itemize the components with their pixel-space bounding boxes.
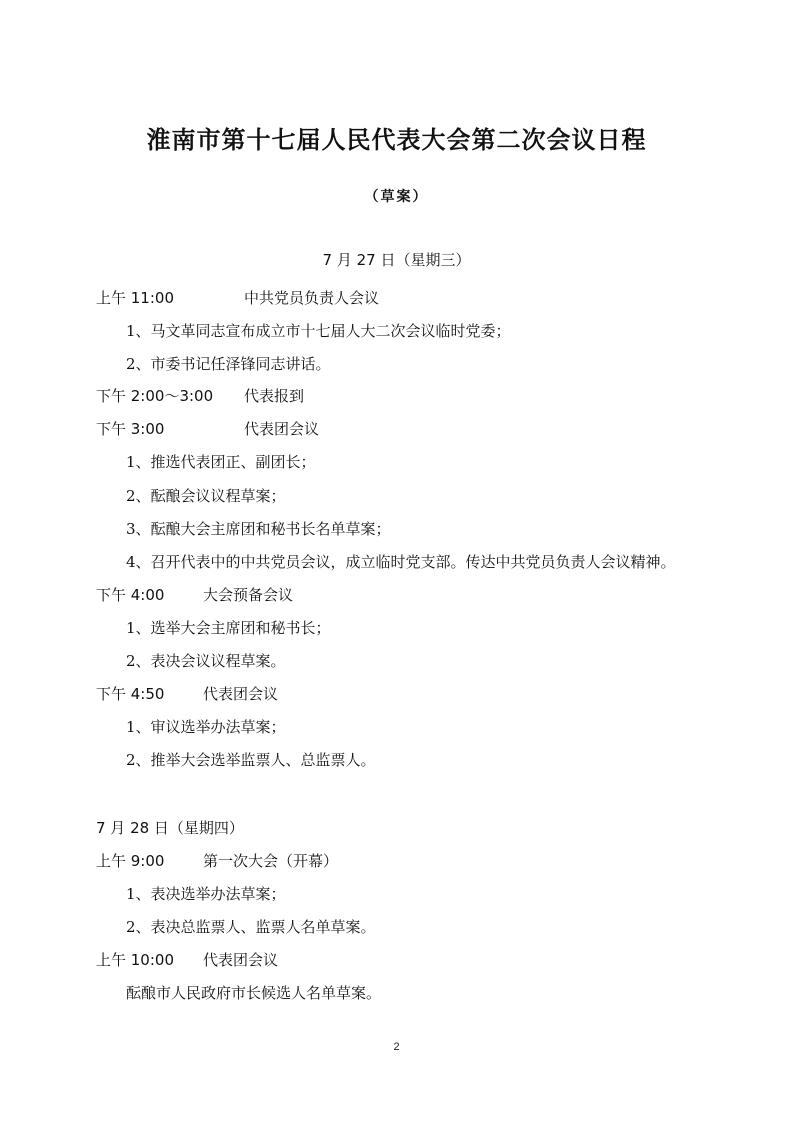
document-page: 淮南市第十七届人民代表大会第二次会议日程 （草案） 7 月 27 日（星期三） …: [0, 0, 793, 1122]
session-event: 代表团会议: [244, 419, 319, 439]
agenda-item: 酝酿市人民政府市长候选人名单草案。: [126, 983, 381, 1003]
agenda-item: 2、表决总监票人、监票人名单草案。: [126, 917, 376, 937]
page-title: 淮南市第十七届人民代表大会第二次会议日程: [0, 120, 793, 155]
agenda-item: 2、推举大会选举监票人、总监票人。: [126, 750, 376, 770]
agenda-item: 1、审议选举办法草案；: [126, 717, 286, 737]
day-date-2: 7 月 28 日（星期四）: [96, 818, 244, 838]
agenda-item: 2、表决会议议程草案。: [126, 651, 286, 671]
session-event: 第一次大会（开幕）: [203, 851, 338, 871]
agenda-item: 2、酝酿会议议程草案；: [126, 486, 286, 506]
session-time: 下午 2:00～3:00: [96, 386, 213, 406]
page-number: 2: [0, 1041, 793, 1053]
session-event: 大会预备会议: [203, 585, 293, 605]
agenda-item: 4、召开代表中的中共党员会议，成立临时党支部。传达中共党员负责人会议精神。: [126, 552, 676, 572]
agenda-item: 1、选举大会主席团和秘书长；: [126, 618, 331, 638]
session-time: 上午 10:00: [96, 950, 174, 970]
agenda-item: 3、酝酿大会主席团和秘书长名单草案；: [126, 519, 391, 539]
session-event: 代表报到: [244, 386, 304, 406]
session-event: 代表团会议: [203, 950, 278, 970]
day-date-1: 7 月 27 日（星期三）: [0, 250, 793, 270]
agenda-item: 1、推选代表团正、副团长；: [126, 452, 316, 472]
session-event: 中共党员负责人会议: [244, 288, 379, 308]
session-time: 下午 3:00: [96, 419, 164, 439]
page-subtitle: （草案）: [0, 186, 793, 206]
session-time: 上午 11:00: [96, 288, 174, 308]
session-time: 下午 4:50: [96, 684, 164, 704]
agenda-item: 2、市委书记任泽锋同志讲话。: [126, 354, 331, 374]
agenda-item: 1、表决选举办法草案；: [126, 884, 286, 904]
session-time: 上午 9:00: [96, 851, 164, 871]
session-event: 代表团会议: [203, 684, 278, 704]
session-time: 下午 4:00: [96, 585, 164, 605]
agenda-item: 1、马文革同志宣布成立市十七届人大二次会议临时党委；: [126, 321, 511, 341]
